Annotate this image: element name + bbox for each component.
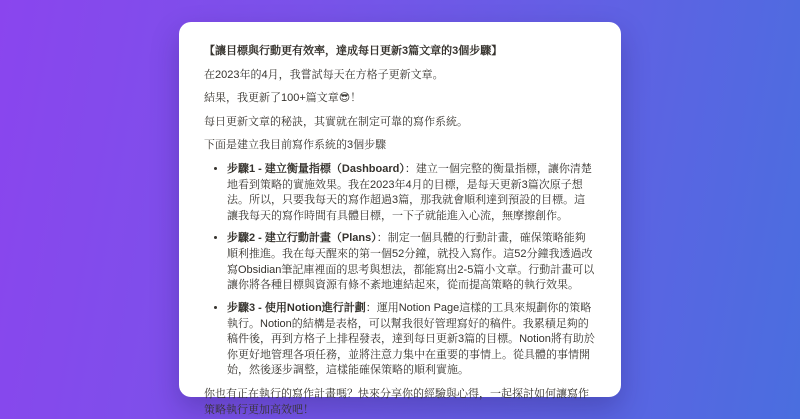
step-1-heading: 步驟1 - 建立衡量指標（Dashboard） [227, 163, 405, 175]
gradient-background: 【讓目標與行動更有效率，達成每日更新3篇文章的3個步驟】 在2023年的4月，我… [0, 0, 800, 419]
steps-lead-in: 下面是建立我目前寫作系統的3個步驟 [204, 138, 596, 154]
step-3-heading: 步驟3 - 使用Notion進行計劃 [227, 302, 366, 314]
post-card: 【讓目標與行動更有效率，達成每日更新3篇文章的3個步驟】 在2023年的4月，我… [179, 22, 621, 397]
step-2-heading: 步驟2 - 建立行動計畫（Plans） [227, 232, 377, 244]
closing-paragraph: 你也有正在執行的寫作計畫嗎？快來分享你的經驗與心得，一起探討如何讓寫作策略執行更… [204, 387, 596, 418]
step-3-separator: ： [366, 302, 377, 314]
intro-paragraph-3: 每日更新文章的秘訣，其實就在制定可靠的寫作系統。 [204, 115, 596, 131]
step-1-separator: ： [405, 163, 416, 175]
step-item-3: 步驟3 - 使用Notion進行計劃：運用Notion Page這樣的工具來規劃… [227, 301, 596, 379]
step-item-1: 步驟1 - 建立衡量指標（Dashboard）：建立一個完整的衡量指標，讓你清楚… [227, 162, 596, 224]
post-title: 【讓目標與行動更有效率，達成每日更新3篇文章的3個步驟】 [204, 44, 596, 60]
intro-paragraph-1: 在2023年的4月，我嘗試每天在方格子更新文章。 [204, 68, 596, 84]
steps-list: 步驟1 - 建立衡量指標（Dashboard）：建立一個完整的衡量指標，讓你清楚… [204, 162, 596, 379]
intro-paragraph-2: 結果，我更新了100+篇文章😎！ [204, 91, 596, 107]
step-2-separator: ： [377, 232, 388, 244]
step-item-2: 步驟2 - 建立行動計畫（Plans）：制定一個具體的行動計畫，確保策略能夠順利… [227, 231, 596, 293]
